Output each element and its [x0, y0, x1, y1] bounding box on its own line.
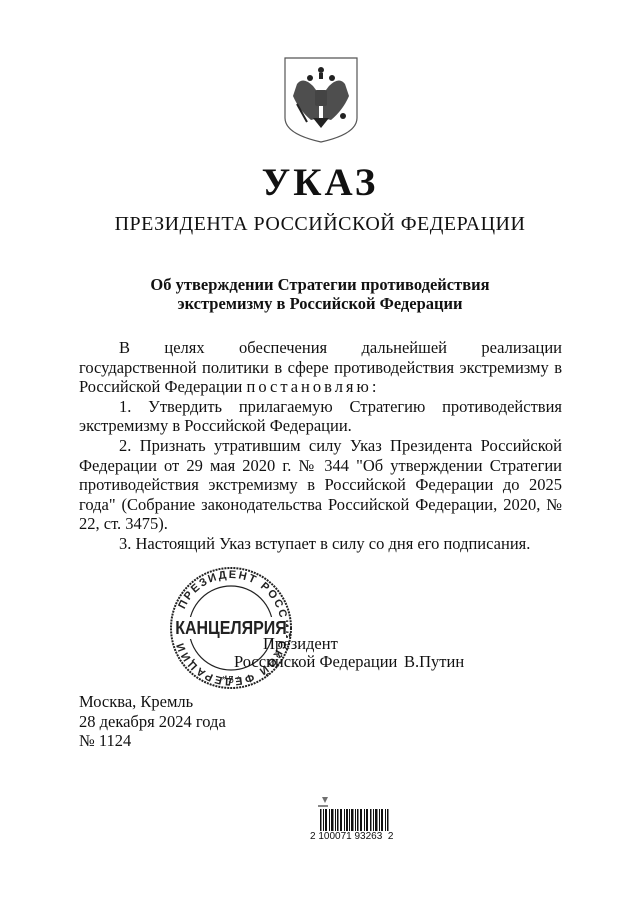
- signature-org: Российской Федерации: [234, 652, 397, 672]
- signature-name: В.Путин: [404, 652, 464, 672]
- item-2: 2. Признать утратившим силу Указ Президе…: [79, 436, 562, 534]
- office-stamp-icon: ПРЕЗИДЕНТ РОССИЙСКОЙ ФЕДЕРАЦИИ КАНЦЕЛЯРИ…: [168, 565, 294, 691]
- document-footer: Москва, Кремль 28 декабря 2024 года № 11…: [79, 692, 226, 751]
- document-subtitle: ПРЕЗИДЕНТА РОССИЙСКОЙ ФЕДЕРАЦИИ: [0, 213, 640, 236]
- coat-of-arms-icon: [283, 56, 359, 144]
- preamble-paragraph: В целях обеспечения дальнейшей реализаци…: [79, 338, 562, 397]
- item-3: 3. Настоящий Указ вступает в силу со дня…: [79, 534, 562, 554]
- decree-number: № 1124: [79, 731, 226, 751]
- document-title: УКАЗ: [0, 160, 640, 205]
- date: 28 декабря 2024 года: [79, 712, 226, 732]
- svg-text:* 5 *: * 5 *: [222, 675, 241, 686]
- heading-line-2: экстремизму в Российской Федерации: [0, 294, 640, 313]
- decree-word: постановляю:: [247, 377, 380, 396]
- document-heading: Об утверждении Стратегии противодействия…: [0, 275, 640, 313]
- signature-title: Президент: [263, 634, 338, 654]
- place: Москва, Кремль: [79, 692, 226, 712]
- item-1: 1. Утвердить прилагаемую Стратегию проти…: [79, 397, 562, 436]
- heading-line-1: Об утверждении Стратегии противодействия: [0, 275, 640, 294]
- barcode-number: 2 100071 93263 2: [310, 831, 393, 842]
- barcode-icon: [316, 795, 406, 853]
- document-body: В целях обеспечения дальнейшей реализаци…: [79, 338, 562, 554]
